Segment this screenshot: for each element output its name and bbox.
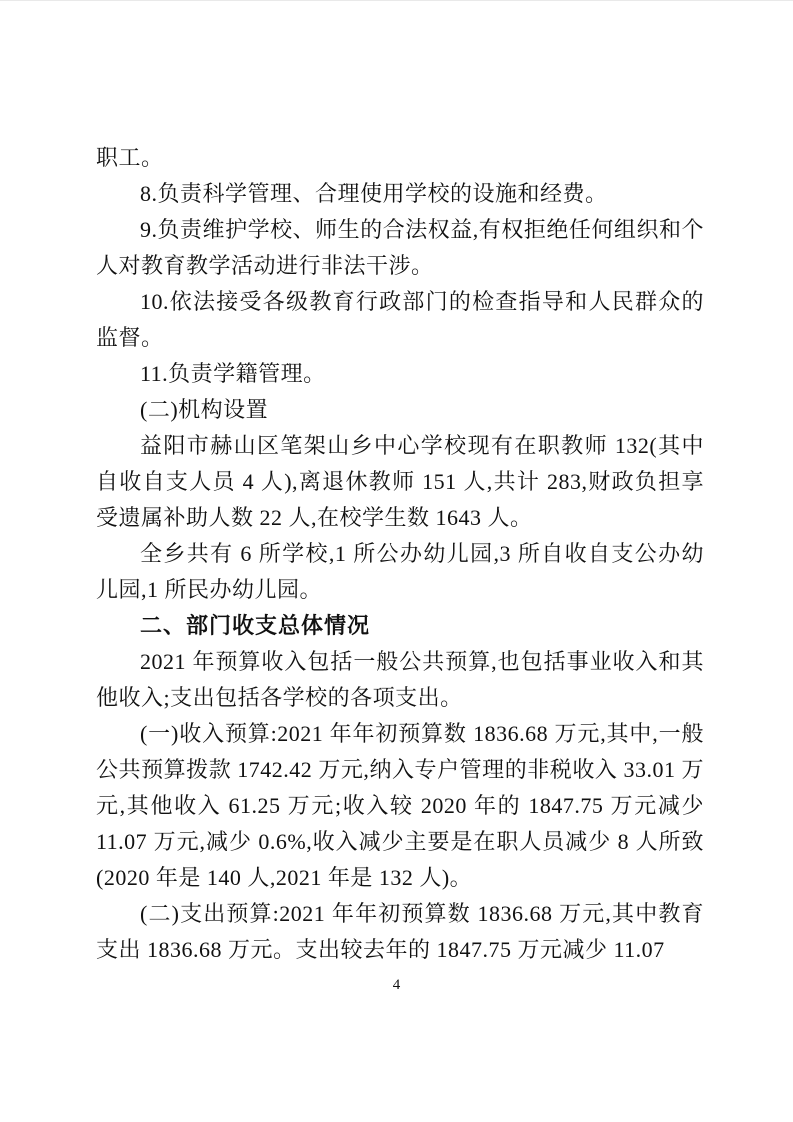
paragraph: 职工。: [96, 140, 704, 176]
paragraph: 11.负责学籍管理。: [96, 356, 704, 392]
paragraph: 10.依法接受各级教育行政部门的检查指导和人民群众的监督。: [96, 284, 704, 356]
paragraph: 8.负责科学管理、合理使用学校的设施和经费。: [96, 176, 704, 212]
paragraph: 益阳市赫山区笔架山乡中心学校现有在职教师 132(其中自收自支人员 4 人),离…: [96, 428, 704, 536]
section-heading: 二、部门收支总体情况: [96, 608, 704, 644]
paragraph: 9.负责维护学校、师生的合法权益,有权拒绝任何组织和个人对教育教学活动进行非法干…: [96, 212, 704, 284]
paragraph: (一)收入预算:2021 年年初预算数 1836.68 万元,其中,一般公共预算…: [96, 716, 704, 896]
document-page: 职工。8.负责科学管理、合理使用学校的设施和经费。9.负责维护学校、师生的合法权…: [0, 0, 793, 1122]
paragraph: (二)支出预算:2021 年年初预算数 1836.68 万元,其中教育支出 18…: [96, 896, 704, 968]
document-body: 职工。8.负责科学管理、合理使用学校的设施和经费。9.负责维护学校、师生的合法权…: [96, 140, 704, 968]
page-number: 4: [0, 975, 793, 995]
paragraph: (二)机构设置: [96, 392, 704, 428]
paragraph: 2021 年预算收入包括一般公共预算,也包括事业收入和其他收入;支出包括各学校的…: [96, 644, 704, 716]
paragraph: 全乡共有 6 所学校,1 所公办幼儿园,3 所自收自支公办幼儿园,1 所民办幼儿…: [96, 536, 704, 608]
